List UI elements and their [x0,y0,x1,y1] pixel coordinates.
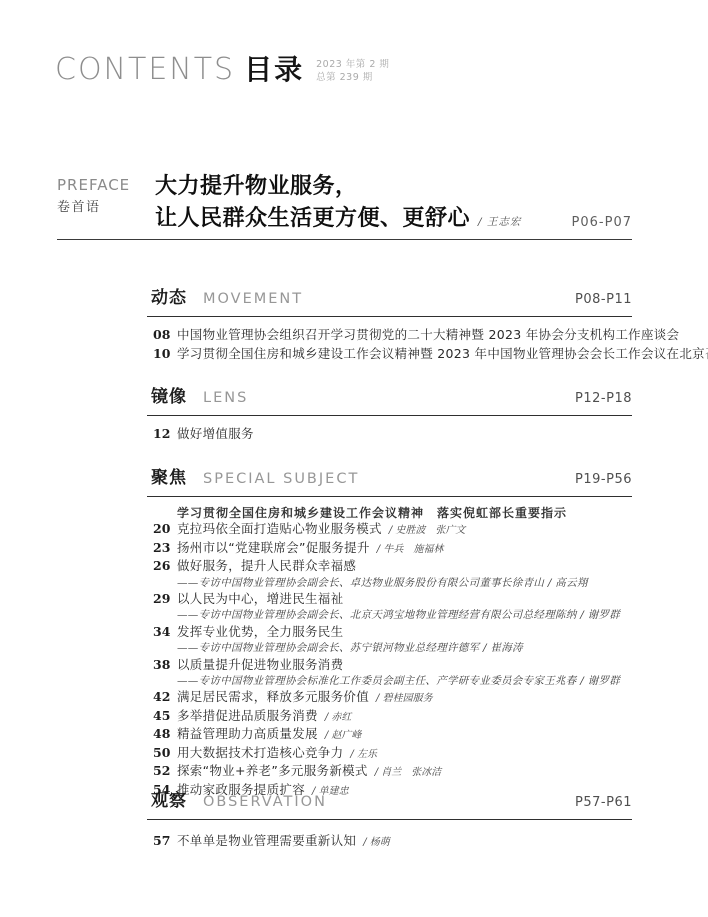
entry-number: 29 [153,591,177,607]
entry-title: 克拉玛依全面打造贴心物业服务模式 [177,521,382,537]
entry-subtitle: ——专访中国物业管理协会副会长、北京天鸿宝地物业管理经营有限公司总经理陈纳 / … [153,607,632,623]
toc-entry: 52 探索“物业+养老”多元服务新模式 / 肖兰 张冰洁 [153,763,632,781]
entry-title: 多举措促进品质服务消费 [177,708,318,724]
toc-entry: 20 克拉玛依全面打造贴心物业服务模式 / 史胜波 张广文 [153,521,632,539]
preface-label-zh: 卷首语 [57,196,130,215]
contents-title-en: CONTENTS [55,52,235,88]
toc-entry: 29 以人民为中心，增进民生福祉 [153,591,632,607]
section-pages: P57-P61 [575,794,632,811]
section-intro: 学习贯彻全国住房和城乡建设工作会议精神 落实倪虹部长重要指示 [153,505,632,521]
entry-title: 发挥专业优势，全力服务民生 [177,624,343,640]
entry-title: 用大数据技术打造核心竞争力 [177,745,343,761]
preface-title-line2: 让人民群众生活更方便、更舒心/ 王志宏 [155,203,521,238]
entry-number: 20 [153,521,177,537]
entry-title: 做好增值服务 [177,424,254,443]
entry-number: 26 [153,558,177,574]
toc-entry: 57 不单单是物业管理需要重新认知 / 杨萌 [153,831,632,852]
entry-number: 57 [153,831,177,850]
entry-title: 不单单是物业管理需要重新认知 [177,831,356,850]
toc-page: CONTENTS 目录 2023 年第 2 期 总第 239 期 PREFACE… [0,0,708,917]
section-title-zh: 观察 [151,793,187,810]
section-movement: 动态 MOVEMENT P08-P11 08 中国物业管理协会组织召开学习贯彻党… [147,290,632,363]
entry-title: 学习贯彻全国住房和城乡建设工作会议精神暨 2023 年中国物业管理协会会长工作会… [177,344,708,363]
entry-title: 以人民为中心，增进民生福祉 [177,591,343,607]
entry-author: / 左乐 [350,747,377,763]
issue-info: 2023 年第 2 期 总第 239 期 [316,58,389,84]
section-title-en: SPECIAL SUBJECT [203,471,359,488]
section-header: 观察 OBSERVATION P57-P61 [147,793,632,820]
preface-title: 大力提升物业服务， 让人民群众生活更方便、更舒心/ 王志宏 [155,171,521,238]
masthead: CONTENTS 目录 2023 年第 2 期 总第 239 期 [55,52,389,88]
entry-title: 做好服务，提升人民群众幸福感 [177,558,356,574]
toc-entry: 48 精益管理助力高质量发展 / 赵广峰 [153,726,632,744]
section-header: 镜像 LENS P12-P18 [147,389,632,416]
entry-author: / 史胜波 张广文 [389,523,466,539]
entry-number: 52 [153,763,177,779]
toc-entry: 50 用大数据技术打造核心竞争力 / 左乐 [153,745,632,763]
entry-author: / 肖兰 张冰洁 [375,765,442,781]
entry-number: 34 [153,624,177,640]
section-title-en: MOVEMENT [203,291,303,308]
entry-subtitle: ——专访中国物业管理协会副会长、卓达物业服务股份有限公司董事长徐青山 / 高云翔 [153,575,632,591]
toc-entry: 45 多举措促进品质服务消费 / 赤红 [153,708,632,726]
section-pages: P19-P56 [575,471,632,488]
section-title-zh: 动态 [151,290,187,307]
entry-title: 精益管理助力高质量发展 [177,726,318,742]
entry-author: / 赵广峰 [325,728,362,744]
section-items: 57 不单单是物业管理需要重新认知 / 杨萌 [147,820,632,852]
entry-title: 中国物业管理协会组织召开学习贯彻党的二十大精神暨 2023 年协会分支机构工作座… [177,325,679,344]
toc-entry: 12 做好增值服务 [153,424,632,443]
entry-number: 45 [153,708,177,724]
entry-number: 23 [153,540,177,556]
section-items: 08 中国物业管理协会组织召开学习贯彻党的二十大精神暨 2023 年协会分支机构… [147,317,632,363]
preface-label-en: PREFACE [57,177,130,194]
entry-author: / 赤红 [325,710,352,726]
entry-title: 以质量提升促进物业服务消费 [177,657,343,673]
section-special-subject: 聚焦 SPECIAL SUBJECT P19-P56 学习贯彻全国住房和城乡建设… [147,470,632,800]
preface-author: / 王志宏 [478,216,521,228]
entry-subtitle: ——专访中国物业管理协会副会长、苏宁银河物业总经理许德军 / 崔海涛 [153,640,632,656]
toc-entry: 26 做好服务，提升人民群众幸福感 [153,558,632,574]
section-lens: 镜像 LENS P12-P18 12 做好增值服务 [147,389,632,443]
entry-title: 满足居民需求，释放多元服务价值 [177,689,369,705]
section-header: 聚焦 SPECIAL SUBJECT P19-P56 [147,470,632,497]
toc-entry: 23 扬州市以“党建联席会”促服务提升 / 牛兵 施福林 [153,540,632,558]
entry-number: 48 [153,726,177,742]
entry-number: 42 [153,689,177,705]
entry-author: / 碧桂园服务 [376,691,433,707]
entry-number: 12 [153,424,177,443]
toc-entry: 34 发挥专业优势，全力服务民生 [153,624,632,640]
section-pages: P08-P11 [575,291,632,308]
preface-title-line1: 大力提升物业服务， [155,171,521,203]
entry-number: 50 [153,745,177,761]
issue-line-1: 2023 年第 2 期 [316,58,389,71]
entry-number: 10 [153,344,177,363]
section-pages: P12-P18 [575,390,632,407]
section-items: 12 做好增值服务 [147,416,632,443]
entry-title: 扬州市以“党建联席会”促服务提升 [177,540,370,556]
entry-number: 38 [153,657,177,673]
entry-number: 08 [153,325,177,344]
toc-entry: 10 学习贯彻全国住房和城乡建设工作会议精神暨 2023 年中国物业管理协会会长… [153,344,632,363]
section-title-zh: 聚焦 [151,470,187,487]
preface-pages: P06-P07 [572,215,632,230]
section-title-zh: 镜像 [151,389,187,406]
contents-title-zh: 目录 [244,52,304,88]
toc-entry: 08 中国物业管理协会组织召开学习贯彻党的二十大精神暨 2023 年协会分支机构… [153,325,632,344]
preface-section: PREFACE 卷首语 大力提升物业服务， 让人民群众生活更方便、更舒心/ 王志… [57,173,632,240]
section-title-en: LENS [203,390,248,407]
toc-entry: 42 满足居民需求，释放多元服务价值 / 碧桂园服务 [153,689,632,707]
section-title-en: OBSERVATION [203,794,327,811]
entry-title: 探索“物业+养老”多元服务新模式 [177,763,368,779]
issue-line-2: 总第 239 期 [316,71,389,84]
entry-author: / 杨萌 [363,833,390,852]
entry-author: / 牛兵 施福林 [377,542,444,558]
section-header: 动态 MOVEMENT P08-P11 [147,290,632,317]
section-items: 学习贯彻全国住房和城乡建设工作会议精神 落实倪虹部长重要指示 20 克拉玛依全面… [147,497,632,800]
entry-subtitle: ——专访中国物业管理协会标准化工作委员会副主任、产学研专业委员会专家王兆春 / … [153,673,632,689]
section-observation: 观察 OBSERVATION P57-P61 57 不单单是物业管理需要重新认知… [147,793,632,852]
preface-label: PREFACE 卷首语 [57,177,130,215]
toc-entry: 38 以质量提升促进物业服务消费 [153,657,632,673]
